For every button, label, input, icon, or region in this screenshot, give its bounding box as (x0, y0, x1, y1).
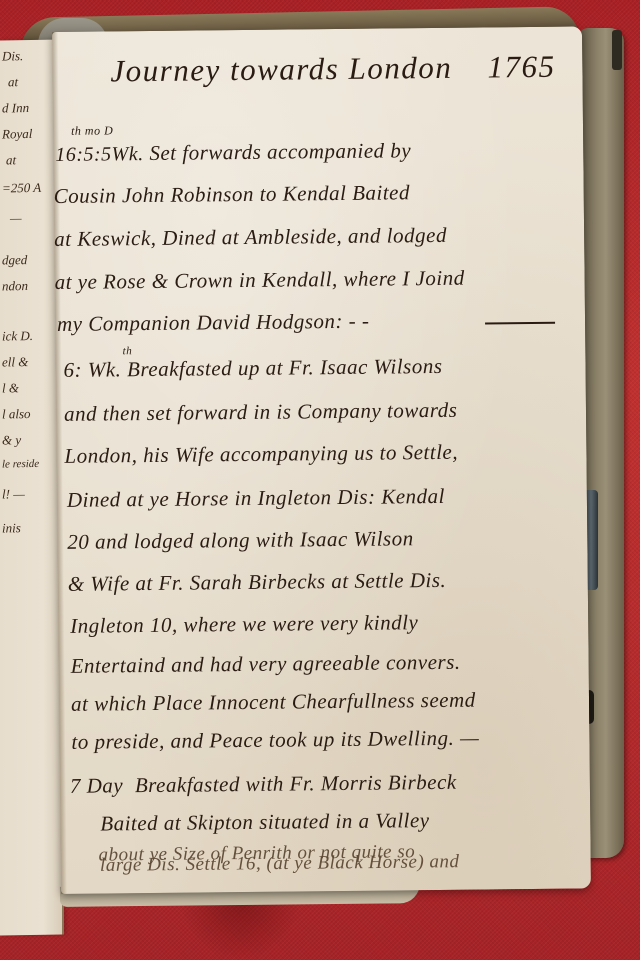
entry-line: 7 Day Breakfasted with Fr. Morris Birbec… (70, 770, 457, 799)
entry-line: Cousin John Robinson to Kendal Baited (54, 180, 410, 209)
entry-line: Entertaind and had very agreeable conver… (71, 650, 461, 679)
entry-date: 7 Day (70, 773, 123, 798)
left-page-line: d Inn (2, 100, 29, 116)
left-page-line: Dis. (2, 48, 23, 64)
title-year: 1765 (487, 49, 555, 85)
cloth-shadow (180, 900, 300, 960)
title-text: Journey towards London (110, 50, 452, 89)
entry-line: large Dis. Settle 16, (at ye Black Horse… (100, 851, 460, 877)
left-page-line: l & (2, 380, 19, 396)
entry-line: 6: Wk. Breakfasted up at Fr. Isaac Wilso… (63, 354, 442, 383)
left-page-line: l also (2, 406, 31, 422)
left-page-line: l! — (2, 486, 25, 502)
entry-line: to preside, and Peace took up its Dwelli… (71, 726, 479, 755)
entry-line: Ingleton 10, where we were very kindly (70, 610, 418, 639)
entry-line: at Keswick, Dined at Ambleside, and lodg… (54, 223, 447, 252)
left-page-line: at (6, 152, 16, 168)
entry-line: & Wife at Fr. Sarah Birbecks at Settle D… (68, 568, 447, 597)
entry-line: Baited at Skipton situated in a Valley (100, 808, 430, 836)
entry-text: Set forwards accompanied by (149, 138, 411, 165)
entry-date: 6: Wk. (63, 357, 121, 382)
left-page-line: dged (2, 252, 27, 268)
left-page-line: =250 A (2, 180, 41, 197)
entry-line: London, his Wife accompanying us to Sett… (64, 440, 458, 469)
page-edge-tear (612, 30, 622, 70)
entry-text: Breakfasted with Fr. Morris Birbeck (135, 770, 457, 797)
entry-line: at which Place Innocent Chearfullness se… (71, 688, 476, 717)
date-superscript: th (123, 345, 133, 357)
entry-line: my Companion David Hodgson: - - (57, 309, 370, 337)
entry-line: and then set forward in is Company towar… (64, 398, 458, 427)
entry-line: at ye Rose & Crown in Kendall, where I J… (54, 266, 464, 295)
left-page-line: — (10, 210, 22, 226)
page-title: Journey towards London 1765 (110, 49, 555, 90)
entry-line: 16:5:5Wk. Set forwards accompanied by (55, 138, 411, 167)
manuscript-page: Journey towards London 1765 16:5:5Wk. Se… (52, 26, 591, 894)
left-page-line: inis (2, 520, 21, 536)
left-page-line: at (8, 74, 18, 90)
left-page-line: Royal (2, 126, 32, 143)
left-page-line: le reside (2, 458, 39, 471)
date-superscript: th mo D (71, 123, 113, 137)
line-dash (485, 322, 555, 325)
entry-line: 20 and lodged along with Isaac Wilson (67, 526, 414, 555)
entry-date: 16:5:5Wk. (55, 143, 144, 166)
entry-text: Breakfasted up at Fr. Isaac Wilsons (127, 354, 443, 381)
left-page-line: ell & (2, 354, 28, 370)
left-page-line: ick D. (2, 328, 33, 345)
left-page-line: ndon (2, 278, 28, 294)
left-page-line: & y (2, 432, 21, 448)
entry-line: Dined at ye Horse in Ingleton Dis: Kenda… (67, 484, 445, 513)
